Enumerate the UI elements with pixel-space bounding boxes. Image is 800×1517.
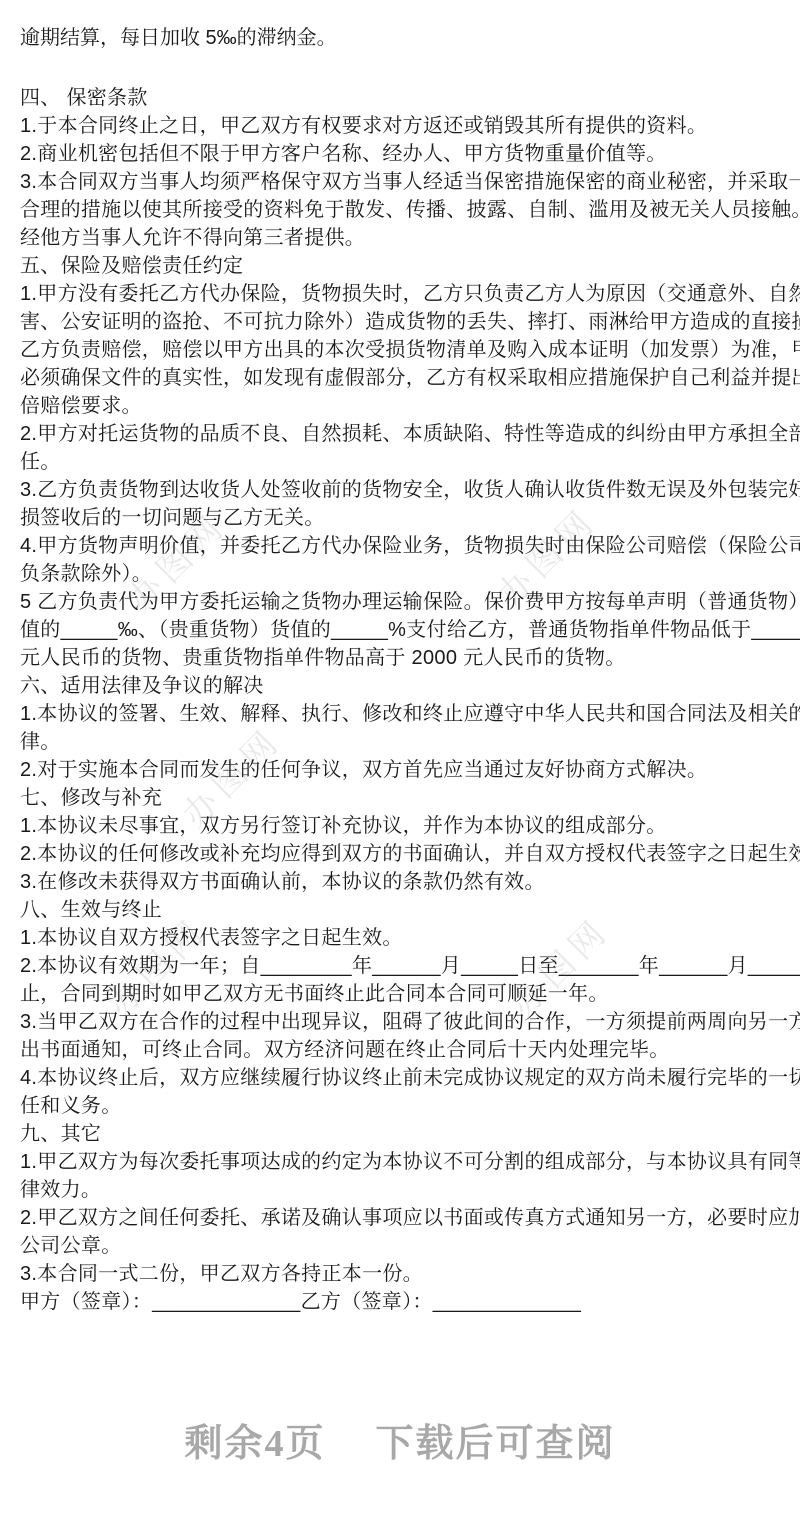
contract-line: 乙方负责赔偿，赔偿以甲方出具的本次受损货物清单及购入成本证明（加发票）为准，甲方 [20, 336, 800, 364]
contract-line: 3.当甲乙双方在合作的过程中出现异议，阻碍了彼此间的合作，一方须提前两周向另一方… [20, 1008, 800, 1036]
contract-line: 五、保险及赔偿责任约定 [20, 252, 800, 280]
contract-line: 4.本协议终止后，双方应继续履行协议终止前未完成协议规定的双方尚未履行完毕的一切… [20, 1064, 800, 1092]
contract-line: 损签收后的一切问题与乙方无关。 [20, 504, 800, 532]
contract-line: 止，合同到期时如甲乙双方无书面终止此合同本合同可顺延一年。 [20, 980, 800, 1008]
contract-line: 1.甲乙双方为每次委托事项达成的约定为本协议不可分割的组成部分，与本协议具有同等… [20, 1148, 800, 1176]
contract-line: 1.本协议自双方授权代表签字之日起生效。 [20, 924, 800, 952]
contract-line: 九、其它 [20, 1120, 800, 1148]
contract-line: 2.对于实施本合同而发生的任何争议，双方首先应当通过友好协商方式解决。 [20, 756, 800, 784]
footer-download-hint: 下载后可查阅 [376, 1423, 616, 1465]
contract-line: 合理的措施以使其所接受的资料免于散发、传播、披露、自制、滥用及被无关人员接触。未 [20, 196, 800, 224]
footer-notice: 剩余4页下载后可查阅 [0, 1412, 800, 1467]
intro-line: 逾期结算，每日加收 5‰的滞纳金。 [20, 24, 800, 52]
contract-line: 2.本协议有效期为一年；自________年______月_____日至____… [20, 952, 800, 980]
contract-line: 八、生效与终止 [20, 896, 800, 924]
contract-line: 甲方（签章）：_____________乙方（签章）：_____________ [20, 1288, 800, 1316]
contract-line: 任。 [20, 448, 800, 476]
contract-line: 四、 保密条款 [20, 84, 800, 112]
contract-line: 2.商业机密包括但不限于甲方客户名称、经办人、甲方货物重量价值等。 [20, 140, 800, 168]
contract-line: 3.本合同一式二份，甲乙双方各持正本一份。 [20, 1260, 800, 1288]
contract-line: 3.乙方负责货物到达收货人处签收前的货物安全，收货人确认收货件数无误及外包装完好… [20, 476, 800, 504]
contract-line: 害、公安证明的盗抢、不可抗力除外）造成货物的丢失、摔打、雨淋给甲方造成的直接损失… [20, 308, 800, 336]
contract-line: 倍赔偿要求。 [20, 392, 800, 420]
contract-line: 1.本协议的签署、生效、解释、执行、修改和终止应遵守中华人民共和国合同法及相关的… [20, 700, 800, 728]
contract-line: 律效力。 [20, 1176, 800, 1204]
contract-line: 任和义务。 [20, 1092, 800, 1120]
contract-line: 2.本协议的任何修改或补充均应得到双方的书面确认，并自双方授权代表签字之日起生效… [20, 840, 800, 868]
contract-line: 2.甲方对托运货物的品质不良、自然损耗、本质缺陷、特性等造成的纠纷由甲方承担全部… [20, 420, 800, 448]
contract-line: 公司公章。 [20, 1232, 800, 1260]
contract-line: 1.于本合同终止之日，甲乙双方有权要求对方返还或销毁其所有提供的资料。 [20, 112, 800, 140]
contract-document-page: 办图网办图网办图网办图网办图网 逾期结算，每日加收 5‰的滞纳金。 四、 保密条… [0, 0, 800, 1517]
contract-line: 元人民币的货物、贵重货物指单件物品高于 2000 元人民币的货物。 [20, 644, 800, 672]
contract-line: 3.在修改未获得双方书面确认前，本协议的条款仍然有效。 [20, 868, 800, 896]
contract-line: 2.甲乙双方之间任何委托、承诺及确认事项应以书面或传真方式通知另一方，必要时应加… [20, 1204, 800, 1232]
contract-line: 律。 [20, 728, 800, 756]
contract-line: 出书面通知，可终止合同。双方经济问题在终止合同后十天内处理完毕。 [20, 1036, 800, 1064]
contract-line: 1.本协议未尽事宜，双方另行签订补充协议，并作为本协议的组成部分。 [20, 812, 800, 840]
contract-line: 3.本合同双方当事人均须严格保守双方当事人经适当保密措施保密的商业秘密，并采取一… [20, 168, 800, 196]
contract-line: 七、修改与补充 [20, 784, 800, 812]
contract-line: 5 乙方负责代为甲方委托运输之货物办理运输保险。保价费甲方按每单声明（普通货物）… [20, 588, 800, 616]
contract-line: 必须确保文件的真实性，如发现有虚假部分，乙方有权采取相应措施保护自己利益并提出双 [20, 364, 800, 392]
contract-line: 4.甲方货物声明价值，并委托乙方代办保险业务，货物损失时由保险公司赔偿（保险公司… [20, 532, 800, 560]
footer-pages-remaining: 剩余4页 [184, 1423, 325, 1465]
contract-line: 1.甲方没有委托乙方代办保险，货物损失时，乙方只负责乙方人为原因（交通意外、自然… [20, 280, 800, 308]
contract-line: 六、适用法律及争议的解决 [20, 672, 800, 700]
contract-line: 经他方当事人允许不得向第三者提供。 [20, 224, 800, 252]
contract-body: 四、 保密条款1.于本合同终止之日，甲乙双方有权要求对方返还或销毁其所有提供的资… [20, 84, 800, 1316]
contract-line: 负条款除外）。 [20, 560, 800, 588]
contract-line: 值的_____‰、（贵重货物）货值的_____%支付给乙方，普通货物指单件物品低… [20, 616, 800, 644]
